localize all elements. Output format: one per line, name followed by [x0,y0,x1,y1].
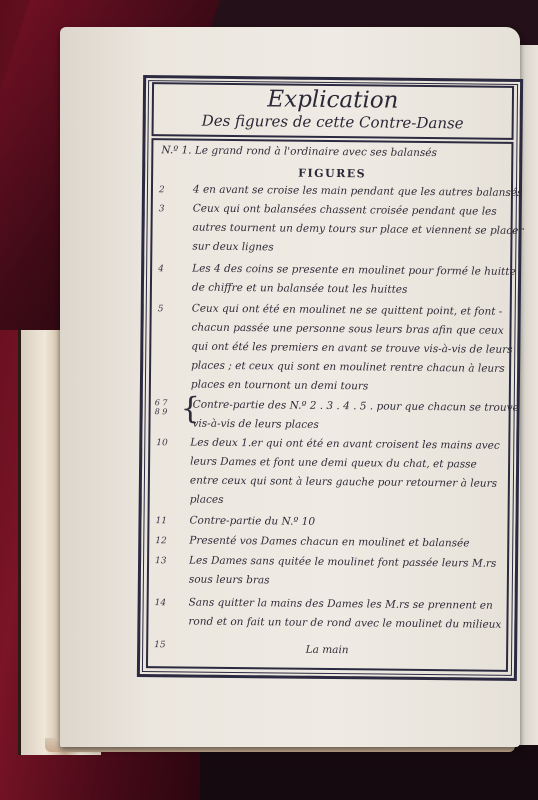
figure-number: 11 [155,516,167,526]
figure-number-group: 6 7 8 9 [155,398,169,416]
page-subtitle: Des figures de cette Contre-Danse [154,110,512,134]
figure-line: autres tournent un demy tours sur place … [193,222,524,237]
figure-line: Contre-partie des N.º 2 . 3 . 4 . 5 . po… [193,399,519,414]
figure-number: 3 [159,204,165,214]
figure-line: sur deux lignes [192,241,273,254]
section-heading: FIGURES [153,165,511,182]
figure-line: qui ont été les premiers en avant se tro… [191,341,512,356]
figure-line: Les deux 1.er qui ont été en avant crois… [190,437,500,452]
figure-line: Presenté vos Dames chacun en moulinet et… [189,535,469,550]
figure-number: 14 [155,598,167,608]
figure-line: places en tournont un demi tours [191,379,368,393]
title-cartouche: Explication Des figures de cette Contre-… [152,82,515,140]
figure-line: places ; et ceux qui sont en moulinet re… [191,360,505,375]
figure-line: entre ceux qui sont à leurs gauche pour … [190,475,497,490]
intro-line: N.º 1. Le grand rond à l'ordinaire avec … [161,144,437,159]
figure-line: Les 4 des coins se presente en moulinet … [192,263,516,278]
figure-line: Les Dames sans quitée le moulinet font p… [189,555,496,570]
figure-line: de chiffre et un balansée tout les huitt… [192,282,408,296]
text-panel: N.º 1. Le grand rond à l'ordinaire avec … [146,138,514,672]
figure-line: Contre-partie du N.º 10 [189,515,315,528]
figure-number: 4 [158,264,164,274]
figure-line: sous leurs bras [189,574,270,587]
figure-line: chacun passée une personne sous leurs br… [191,322,503,337]
figure-line: leurs Dames et font une demi queux du ch… [190,456,477,471]
figure-number: 2 [159,185,165,195]
figure-line: Sans quitter la mains des Dames les M.rs… [189,597,493,612]
figure-line: vis-à-vis de leurs places [192,418,318,431]
figure-line: Ceux qui ont balansées chassent croisée … [193,203,497,218]
figure-line: 4 en avant se croise les main pendant qu… [193,184,523,199]
figure-number: 13 [155,556,167,566]
figure-number: 5 [158,304,164,314]
figure-number: 10 [156,438,168,448]
figure-line: places [190,494,224,506]
figure-line: Ceux qui ont été en moulinet ne se quitt… [192,303,503,318]
engraved-frame: Explication Des figures de cette Contre-… [137,75,523,681]
figure-line: rond et on fait un tour de rond avec le … [188,616,501,631]
closing-text: La main [148,642,506,658]
figure-number: 12 [155,536,167,546]
